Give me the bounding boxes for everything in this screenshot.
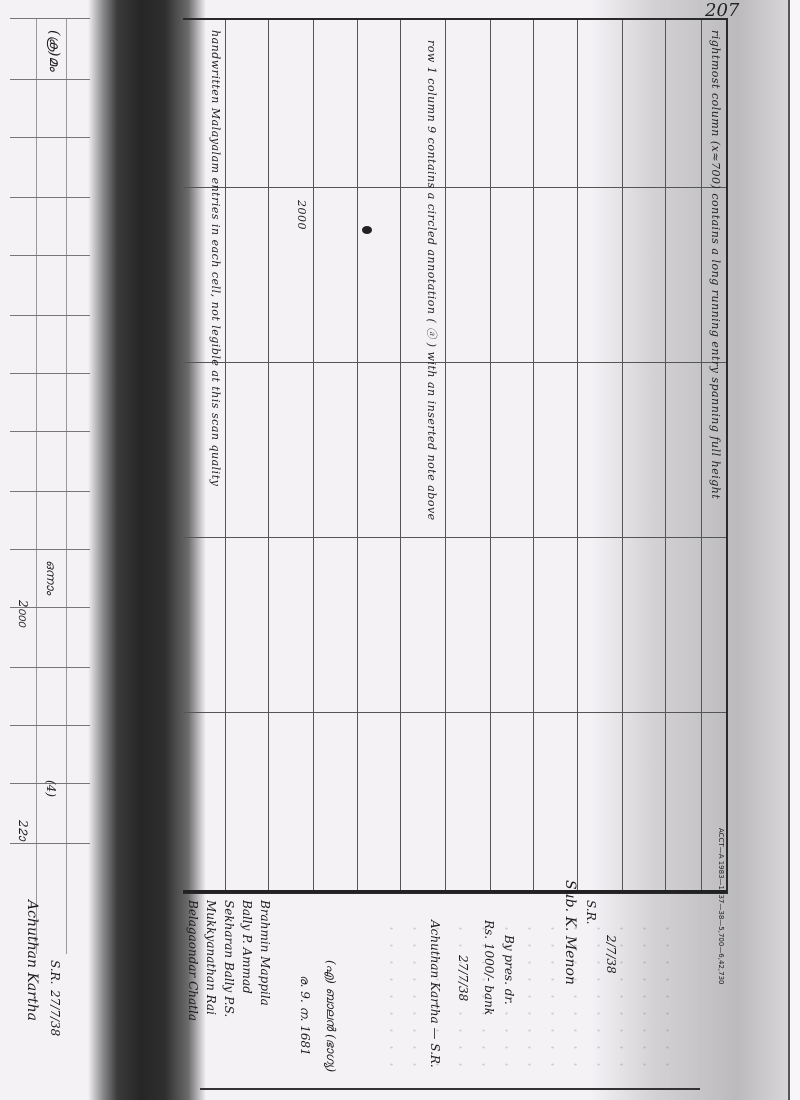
left-margin-grid bbox=[10, 18, 90, 954]
page-bottom-border bbox=[200, 1088, 700, 1090]
left-entry: 22ാ bbox=[15, 820, 30, 840]
left-signature-date: 27/7/38 bbox=[48, 990, 62, 1036]
column-rule bbox=[577, 20, 578, 892]
column-rule bbox=[701, 20, 702, 892]
column-rule bbox=[313, 20, 314, 892]
left-col-line bbox=[36, 19, 37, 954]
left-row-line bbox=[10, 843, 90, 844]
left-row-line bbox=[10, 255, 90, 256]
left-row-line bbox=[10, 549, 90, 550]
left-row-line bbox=[10, 431, 90, 432]
row-rule bbox=[183, 362, 726, 363]
note-line: Belagaondar Chatla bbox=[186, 900, 200, 1021]
note-line: Brahmin Mappila bbox=[258, 900, 272, 1006]
left-signature-initials: S.R. bbox=[48, 960, 62, 984]
cell-entry-right: rightmost column (x≈700) contains a long… bbox=[709, 30, 722, 499]
row-rule bbox=[183, 712, 726, 713]
left-row-line bbox=[10, 667, 90, 668]
column-rule bbox=[357, 20, 358, 892]
left-row-line bbox=[10, 373, 90, 374]
column-rule bbox=[622, 20, 623, 892]
left-row-line bbox=[10, 725, 90, 726]
column-rule bbox=[445, 20, 446, 892]
note-line: (എ) ബാലൻ (ഭാഗ്യ) bbox=[323, 960, 338, 1072]
left-row-line bbox=[10, 315, 90, 316]
note-line: Bally P. Ammad bbox=[240, 900, 254, 994]
note-line: ര. 9. ന. 1681 bbox=[297, 975, 312, 1056]
left-row-line bbox=[10, 197, 90, 198]
left-entry: 2൦൦൦ bbox=[15, 600, 30, 626]
note-line: Mukkyanathan Rai bbox=[204, 900, 218, 1015]
left-entry: (4) bbox=[44, 780, 58, 797]
row-rule bbox=[183, 187, 726, 188]
cell-annotation: row 1 column 9 contains a circled annota… bbox=[424, 40, 440, 521]
scanned-ledger-page: 207 (ക്ര)മം 22ാ 2൦൦൦ (4) ഒന്നാം Achuthan… bbox=[0, 0, 800, 1100]
column-rule bbox=[400, 20, 401, 892]
printed-footer: ACCT—A 1983—1637—38—5,700—6,42,730 bbox=[717, 828, 725, 984]
row-rule bbox=[183, 537, 726, 538]
note-line: Sekharan Bally P.S. bbox=[222, 900, 236, 1017]
left-row-line bbox=[10, 491, 90, 492]
column-rule bbox=[225, 20, 226, 892]
ledger-table bbox=[183, 18, 728, 894]
cell-entry: 2000 bbox=[295, 200, 308, 230]
left-header-mark: (ക്ര)മം bbox=[46, 30, 62, 71]
cell-entry: handwritten Malayalam entries in each ce… bbox=[209, 30, 222, 486]
column-rule bbox=[533, 20, 534, 892]
ink-blot bbox=[362, 226, 372, 234]
column-rule bbox=[268, 20, 269, 892]
left-row-line bbox=[10, 79, 90, 80]
left-signature-name: Achuthan Kartha bbox=[24, 900, 40, 1021]
left-entry: ഒന്നാം bbox=[43, 560, 58, 595]
column-rule bbox=[665, 20, 666, 892]
table-bottom-rule bbox=[183, 890, 726, 893]
left-row-line bbox=[10, 137, 90, 138]
column-rule bbox=[490, 20, 491, 892]
scan-noise bbox=[380, 920, 680, 1080]
left-col-line bbox=[66, 19, 67, 954]
page-right-edge bbox=[788, 0, 800, 1100]
